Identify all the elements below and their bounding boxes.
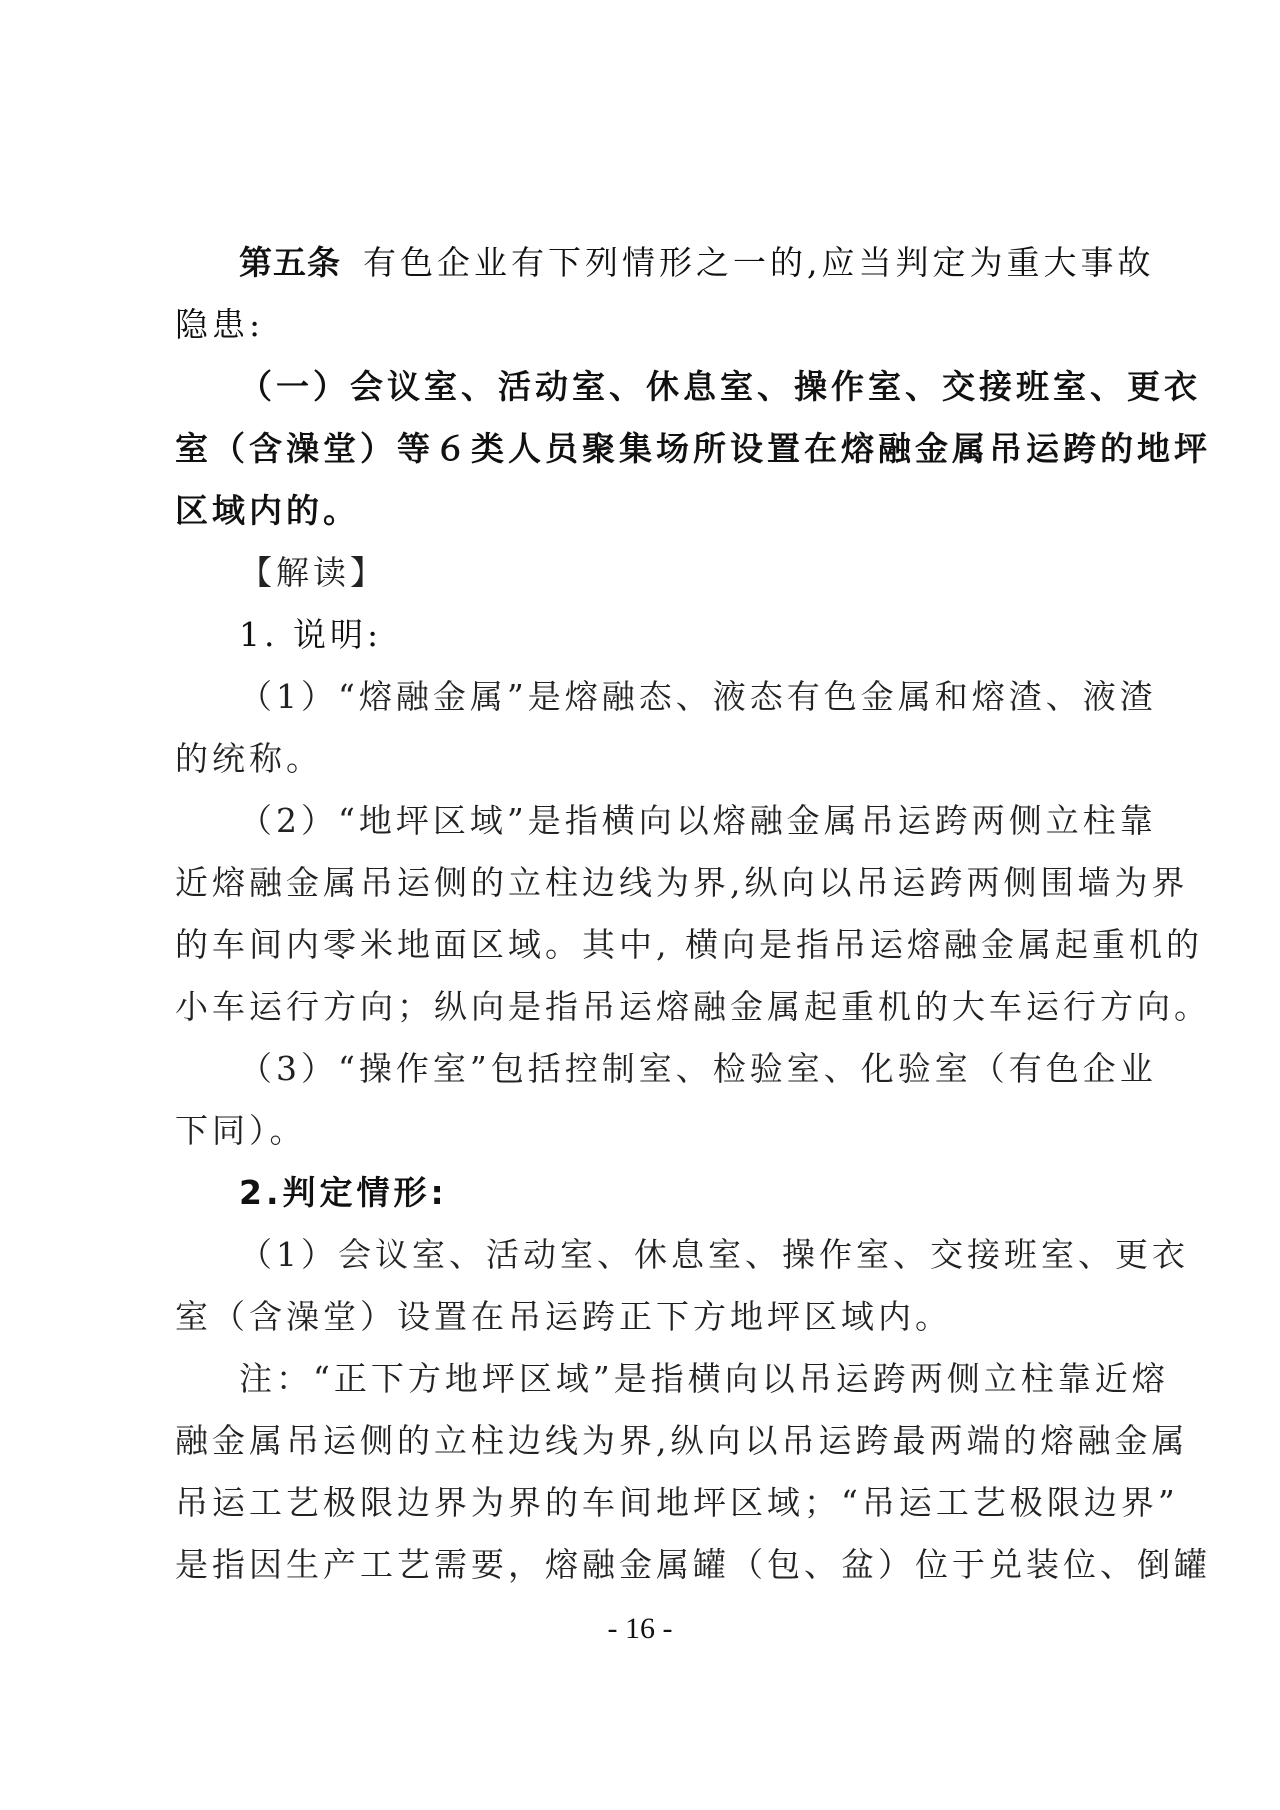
page-number: - 16 -	[0, 1612, 1280, 1646]
clause-1-line: （一）会议室、活动室、休息室、操作室、交接班室、更衣	[175, 356, 1130, 418]
explanation-item-1-line: 的统称。	[175, 728, 1130, 790]
explanation-item-1-line: （1）“熔融金属”是熔融态、液态有色金属和熔渣、液渣	[175, 666, 1130, 728]
interpretation-heading: 【解读】	[175, 542, 1130, 604]
document-body: 第五条有色企业有下列情形之一的,应当判定为重大事故 隐患: （一）会议室、活动室…	[175, 232, 1130, 1596]
note-line: 注：“正下方地坪区域”是指横向以吊运跨两侧立柱靠近熔	[175, 1348, 1130, 1410]
article-intro-text: 有色企业有下列情形之一的,应当判定为重大事故	[363, 243, 1155, 282]
note-line: 吊运工艺极限边界为界的车间地坪区域；“吊运工艺极限边界”	[175, 1472, 1130, 1534]
article-heading-line: 第五条有色企业有下列情形之一的,应当判定为重大事故	[175, 232, 1130, 294]
article-intro-continuation: 隐患:	[175, 294, 1130, 356]
section-1-heading: 1. 说明:	[175, 604, 1130, 666]
section-2-heading: 2.判定情形:	[175, 1162, 1130, 1224]
explanation-item-2-line: 小车运行方向；纵向是指吊运熔融金属起重机的大车运行方向。	[175, 976, 1130, 1038]
explanation-item-2-line: 的车间内零米地面区域。其中, 横向是指吊运熔融金属起重机的	[175, 914, 1130, 976]
explanation-item-3-line: （3）“操作室”包括控制室、检验室、化验室（有色企业	[175, 1038, 1130, 1100]
determination-item-1-line: （1）会议室、活动室、休息室、操作室、交接班室、更衣	[175, 1224, 1130, 1286]
article-label: 第五条	[239, 243, 341, 282]
note-line: 是指因生产工艺需要，熔融金属罐（包、盆）位于兑装位、倒罐	[175, 1534, 1130, 1596]
explanation-item-2-line: 近熔融金属吊运侧的立柱边线为界,纵向以吊运跨两侧围墙为界	[175, 852, 1130, 914]
determination-item-1-line: 室（含澡堂）设置在吊运跨正下方地坪区域内。	[175, 1286, 1130, 1348]
document-page: 第五条有色企业有下列情形之一的,应当判定为重大事故 隐患: （一）会议室、活动室…	[0, 0, 1280, 1810]
note-line: 融金属吊运侧的立柱边线为界,纵向以吊运跨最两端的熔融金属	[175, 1410, 1130, 1472]
clause-1-line: 区域内的。	[175, 480, 1130, 542]
clause-1-line: 室（含澡堂）等６类人员聚集场所设置在熔融金属吊运跨的地坪	[175, 418, 1130, 480]
explanation-item-2-line: （2）“地坪区域”是指横向以熔融金属吊运跨两侧立柱靠	[175, 790, 1130, 852]
explanation-item-3-line: 下同）。	[175, 1100, 1130, 1162]
